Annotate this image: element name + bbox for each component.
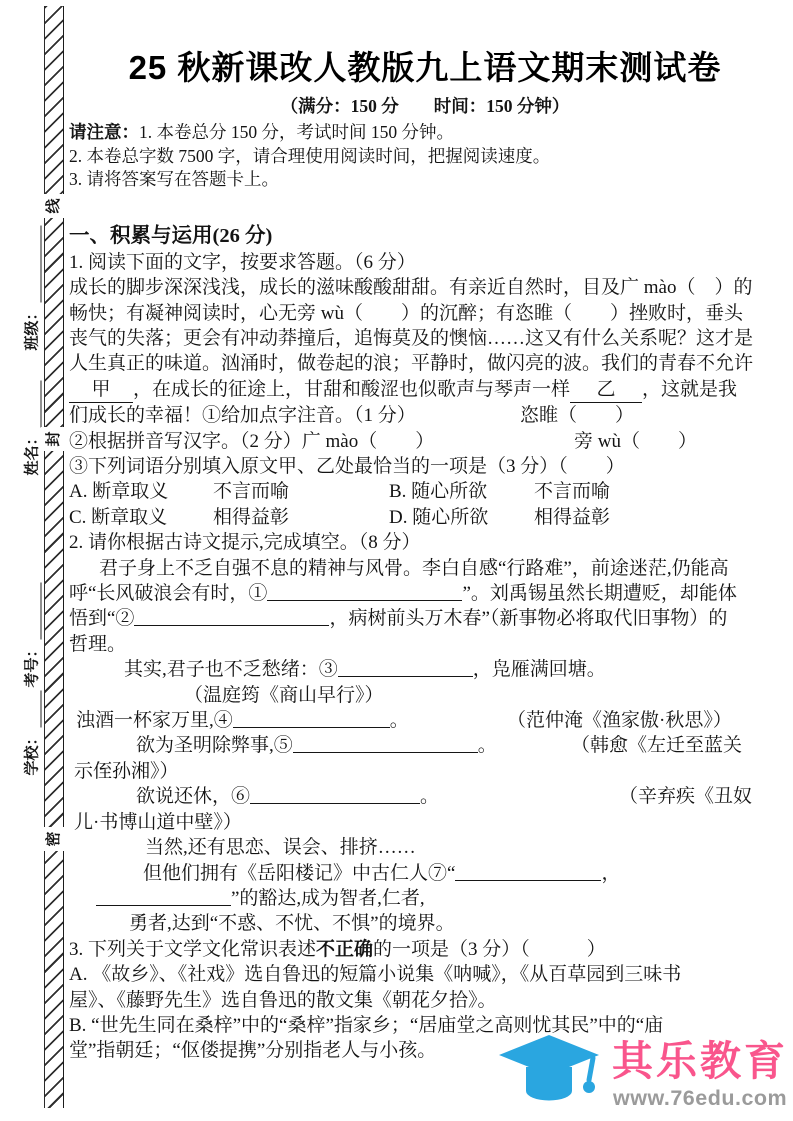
q2-text: ，	[601, 863, 620, 884]
answer-blank-1[interactable]	[267, 585, 462, 601]
q2-text: ，凫雁满回塘。	[473, 659, 606, 680]
q2-paragraph-line: 哲理。	[69, 632, 781, 657]
q2-text: ”。刘禹锡虽然长期遭贬，却能体	[462, 583, 736, 604]
q2-fill-line-8: ”的豁达,成为智者,仁者,	[69, 886, 781, 911]
q3-option-b-line[interactable]: B. “世先生同在桑梓”中的“桑梓”指家乡；“居庙堂之高则忧其民”中的“庙	[69, 1013, 781, 1038]
q2-fill-line-1: 呼“长风破浪会有时，①”。刘禹锡虽然长期遭贬，却能体	[69, 581, 781, 606]
option-a-word2: 不言而喻	[213, 479, 289, 504]
q1-sub2: ②根据拼音写汉字。（2 分）广 mào（ ） 旁 wù（ ）	[69, 429, 781, 454]
source-attribution: （温庭筠《商山早行》）	[69, 683, 781, 708]
answer-blank-7b[interactable]	[96, 890, 231, 906]
answer-blank-2[interactable]	[134, 610, 329, 626]
q1-sub1: 们成长的幸福！①给加点字注音。（1 分） 恣睢（ ）	[69, 403, 781, 428]
passage-text: ，在成长的征途上，甘甜和酸涩也似歌声与琴声一样	[133, 379, 570, 400]
field-school-blank[interactable]	[28, 691, 42, 728]
seal-char-feng: 封	[41, 427, 67, 451]
option-d-word2: 相得益彰	[534, 505, 610, 530]
q2-paragraph-line: 勇者,达到“不惑、不忧、不惧”的境界。	[69, 911, 781, 936]
field-name[interactable]: 姓名：	[22, 381, 42, 476]
answer-blank-5[interactable]	[293, 737, 478, 753]
option-b[interactable]: B. 随心所欲	[389, 479, 487, 504]
q2-text: 但他们拥有《岳阳楼记》中古仁人⑦“	[143, 863, 455, 884]
source-attribution: （范仲淹《渔家傲·秋思》）	[507, 708, 732, 733]
q2-paragraph-line: 君子身上不乏自强不息的精神与风骨。李白自感“行路难”，前途迷茫,仍能高	[69, 556, 781, 581]
q1-passage-line: 畅快；有凝神阅读时，心无旁 wù（ ）的沉醉；有恣睢（ ）挫败时，垂头	[69, 301, 781, 326]
q2-text: ”的豁达,成为智者,仁者,	[231, 888, 425, 909]
field-exam-number-blank[interactable]	[28, 583, 42, 640]
q2-text: 。	[390, 710, 409, 731]
q2-fill-line-6: 欲说还休，⑥。 （辛弃疾《丑奴	[69, 784, 781, 809]
answer-blank-7[interactable]	[455, 865, 601, 881]
paper-content: 25 秋新课改人教版九上语文期末测试卷 （满分：150 分 时间：150 分钟）…	[66, 0, 793, 1064]
section-heading: 一、积累与运用(26 分)	[69, 222, 781, 250]
q3-emphasis: 不正确	[316, 939, 373, 960]
option-c-word2: 相得益彰	[213, 505, 289, 530]
q1-options-row-1: A. 断章取义 不言而喻 B. 随心所欲 不言而喻	[69, 479, 781, 504]
option-c[interactable]: C. 断章取义	[69, 505, 167, 530]
q1-sub3: ③下列词语分别填入原文甲、乙处最恰当的一项是（3 分）（ ）	[69, 454, 781, 479]
paper-subtitle: （满分：150 分 时间：150 分钟）	[69, 94, 781, 118]
q2-fill-line-4: 浊酒一杯家万里,④。 （范仲淹《渔家傲·秋思》）	[69, 708, 781, 733]
q3-text: 的一项是（3 分）（ ）	[373, 939, 606, 960]
q1-sub2-text: ②根据拼音写汉字。（2 分）广 mào（ ）	[69, 431, 434, 452]
q1-sub1-pinyin-item[interactable]: 恣睢（ ）	[520, 403, 634, 428]
answer-blank-6[interactable]	[250, 788, 420, 804]
q1-passage-line: 丧气的失落；更会有冲动莽撞后，追悔莫及的懊恼……这又有什么关系呢？这才是	[69, 326, 781, 351]
q2-text: 其实,君子也不乏愁绪：③	[124, 659, 338, 680]
field-exam-number[interactable]: 考号：	[22, 583, 42, 688]
answer-blank-3[interactable]	[338, 661, 473, 677]
q1-options-row-2: C. 断章取义 相得益彰 D. 随心所欲 相得益彰	[69, 505, 781, 530]
blank-yi[interactable]: 乙	[570, 377, 642, 403]
q2-text: ，病树前头万木春”（新事物必将取代旧事物）的	[329, 608, 727, 629]
paper-title: 25 秋新课改人教版九上语文期末测试卷	[69, 48, 781, 88]
q1-stem: 1. 阅读下面的文字，按要求答题。（6 分）	[69, 250, 781, 275]
notice-line-1: 请注意：1. 本卷总分 150 分，考试时间 150 分钟。	[69, 121, 781, 145]
q2-fill-line-2: 悟到“②，病树前头万木春”（新事物必将取代旧事物）的	[69, 606, 781, 631]
field-exam-number-label: 考号：	[21, 642, 42, 687]
q2-fill-line-7: 但他们拥有《岳阳楼记》中古仁人⑦“，	[69, 861, 781, 886]
option-a[interactable]: A. 断章取义	[69, 479, 168, 504]
q2-text: 欲说还休，⑥	[136, 786, 250, 807]
source-attribution: 示侄孙湘》）	[69, 759, 781, 784]
field-name-label: 姓名：	[21, 430, 42, 475]
q3-option-a-line[interactable]: A. 《故乡》、《社戏》选自鲁迅的短篇小说集《呐喊》，《从百草园到三味书	[69, 962, 781, 987]
q2-text: 浊酒一杯家万里,④	[76, 710, 233, 731]
q1-passage-line: 人生真正的味道。汹涌时，做卷起的浪；平静时，做闪亮的波。我们的青春不允许	[69, 351, 781, 376]
notice-line-3: 3. 请将答案写在答题卡上。	[69, 168, 781, 192]
q2-text: 呼“长风破浪会有时，①	[69, 583, 267, 604]
notice-label: 请注意：	[69, 122, 139, 142]
q2-text: 欲为圣明除弊事,⑤	[136, 735, 293, 756]
graduation-cap-icon	[497, 1034, 601, 1112]
q2-fill-line-3: 其实,君子也不乏愁绪：③，凫雁满回塘。	[69, 657, 781, 682]
option-d[interactable]: D. 随心所欲	[389, 505, 488, 530]
q2-stem: 2. 请你根据古诗文提示,完成填空。（8 分）	[69, 530, 781, 555]
source-attribution: （辛弃疾《丑奴	[619, 784, 752, 809]
q2-fill-line-5: 欲为圣明除弊事,⑤。 （韩愈《左迁至蓝关	[69, 733, 781, 758]
field-class[interactable]: 班级：	[22, 226, 42, 351]
exam-paper-page: 班级： 姓名： 考号： 学校： 线 封 密 25 秋新课改人教版九上语文期末测试…	[0, 0, 793, 1121]
q2-paragraph-line: 当然,还有思恋、误会、排挤……	[69, 835, 781, 860]
notice-line-2: 2. 本卷总字数 7500 字，请合理使用阅读时间，把握阅读速度。	[69, 145, 781, 169]
field-school-label: 学校：	[21, 730, 42, 775]
q3-stem: 3. 下列关于文学文化常识表述不正确的一项是（3 分）（ ）	[69, 937, 781, 962]
field-school[interactable]: 学校：	[22, 691, 42, 776]
field-class-label: 班级：	[21, 305, 42, 350]
source-attribution: 儿·书博山道中壁》）	[69, 810, 781, 835]
answer-blank-4[interactable]	[233, 712, 390, 728]
brand-name: 其乐教育	[612, 1038, 788, 1084]
source-attribution: （韩愈《左迁至蓝关	[571, 733, 742, 758]
blank-jia[interactable]: 甲	[69, 377, 133, 403]
seal-char-xian: 线	[41, 194, 67, 218]
q1-passage-line: 成长的脚步深深浅浅，成长的滋味酸酸甜甜。有亲近自然时，目及广 mào（ ）的	[69, 275, 781, 300]
notice-text-1: 1. 本卷总分 150 分，考试时间 150 分钟。	[139, 122, 454, 142]
q1-sub2-pinyin-item[interactable]: 旁 wù（ ）	[574, 429, 697, 454]
brand-url: www.76edu.com	[613, 1086, 787, 1111]
q1-passage-line: 甲，在成长的征途上，甘甜和酸涩也似歌声与琴声一样乙，这就是我	[69, 377, 781, 403]
field-class-blank[interactable]	[28, 226, 42, 303]
option-b-word2: 不言而喻	[534, 479, 610, 504]
q3-option-a-line: 屋》、《藤野先生》选自鲁迅的散文集《朝花夕拾》。	[69, 988, 781, 1013]
q2-text: 悟到“②	[69, 608, 134, 629]
seal-char-mi: 密	[41, 827, 67, 851]
q1-sub1-text: 们成长的幸福！①给加点字注音。（1 分）	[69, 405, 416, 426]
field-name-blank[interactable]	[28, 381, 42, 428]
q2-text: 。	[478, 735, 497, 756]
q3-text: 3. 下列关于文学文化常识表述	[69, 939, 316, 960]
passage-text: ，这就是我	[642, 379, 737, 400]
binding-seal-line: 线 封 密	[44, 6, 64, 1108]
q2-text: 。	[420, 786, 439, 807]
